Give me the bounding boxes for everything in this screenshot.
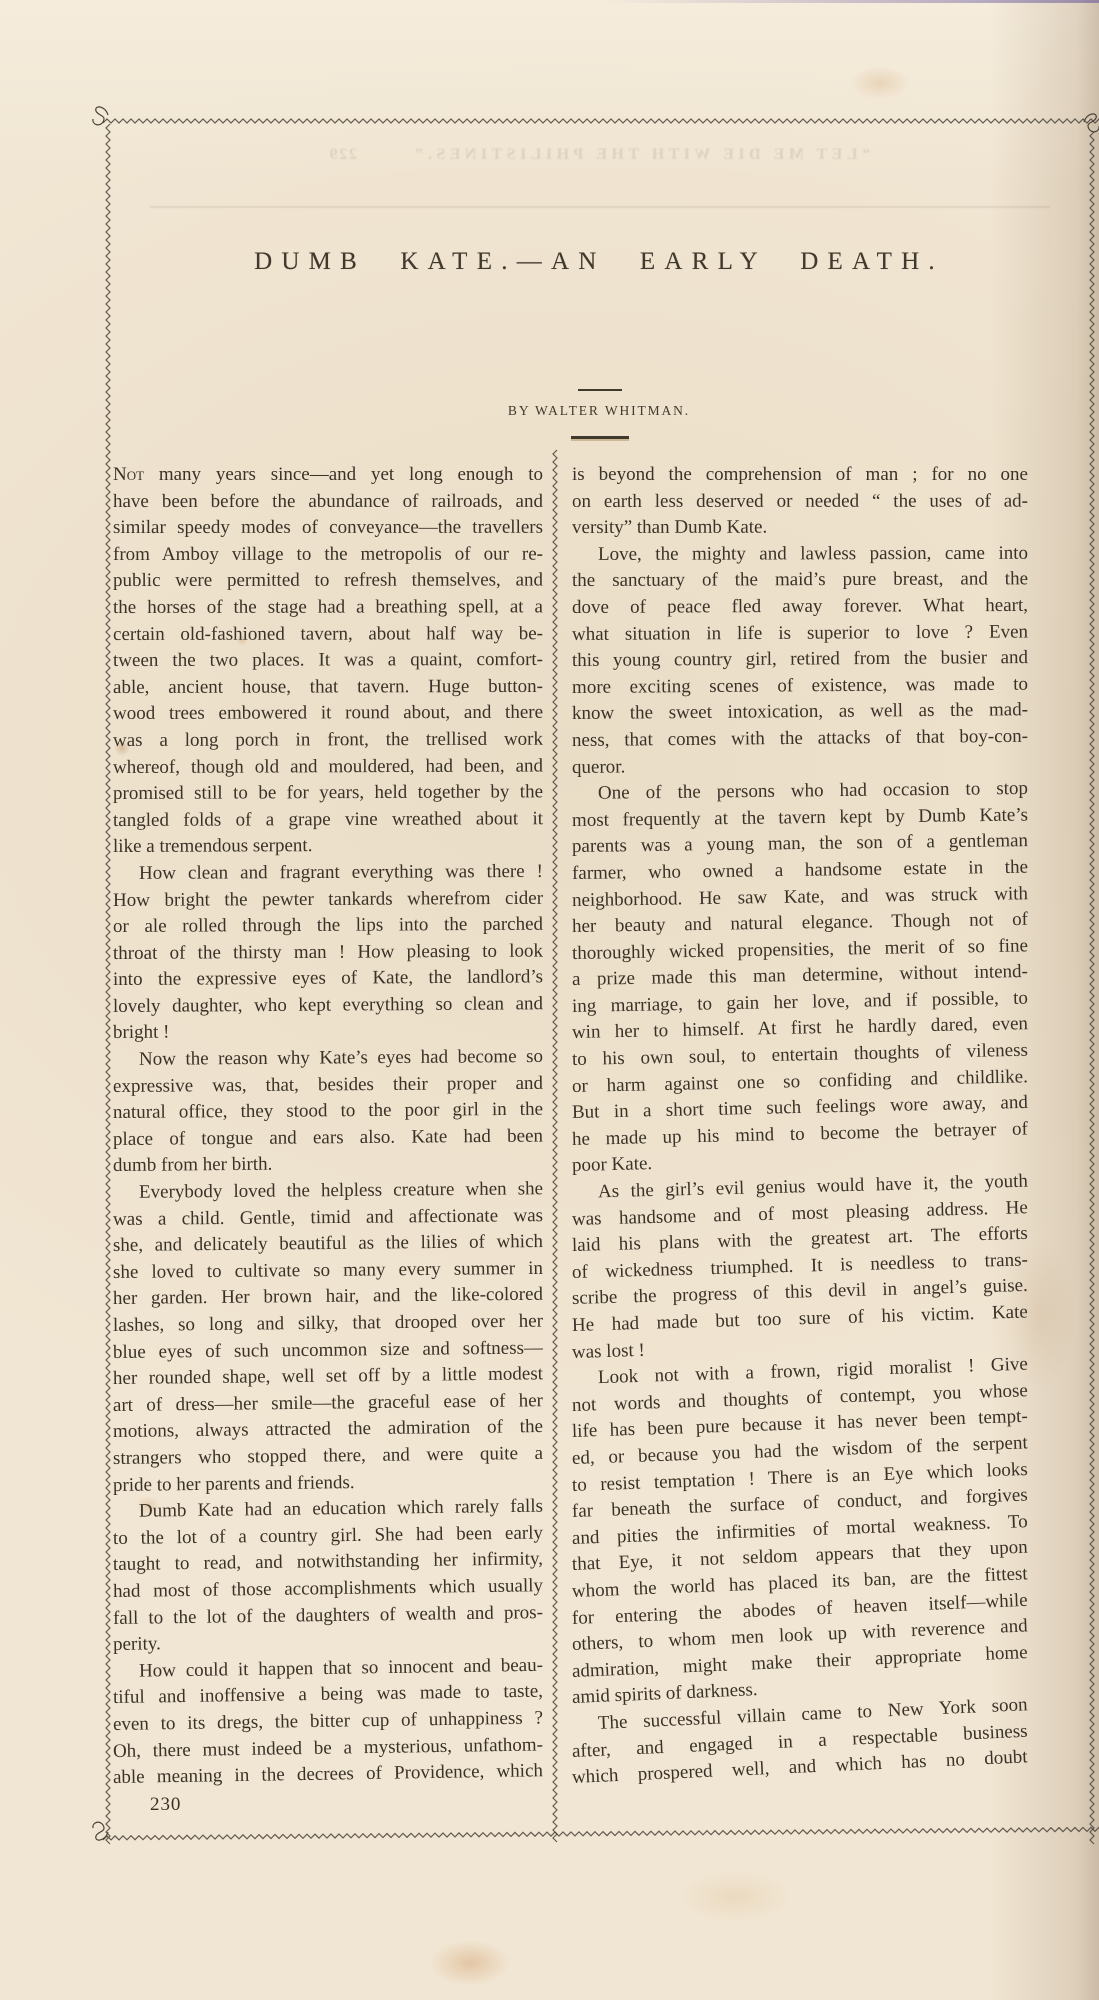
text-line: dove of peace fled away forever. What he… (572, 593, 1028, 622)
opening-word: Not (113, 464, 144, 485)
text-line: able meaning in the decrees of Providenc… (113, 1758, 543, 1791)
text-line: on earth less deserved or needed “ the u… (572, 488, 1028, 515)
text-line: is beyond the comprehension of man ; for… (572, 462, 1028, 489)
text-line: expressive was, that, besides their prop… (113, 1070, 543, 1100)
corner-flourish-icon (88, 1818, 114, 1844)
text-line: was a long porch in front, the trellised… (113, 727, 543, 755)
text-line: lashes, so long and silky, that drooped … (113, 1309, 543, 1340)
border-left-zigzag (104, 124, 112, 1842)
text-line: know the sweet intoxication, as well as … (572, 698, 1028, 728)
byline-rule-bottom (571, 436, 629, 439)
text-line: Now the reason why Kate’s eyes had becom… (113, 1044, 543, 1074)
paragraph: Now the reason why Kate’s eyes had becom… (113, 1047, 543, 1180)
paragraph: As the girl’s evil genius would have it,… (572, 1180, 1028, 1366)
text-line: into the expressive eyes of Kate, the la… (113, 965, 543, 994)
showthrough-title-text: “LET ME DIE WITH THE PHILISTINES.” (411, 146, 870, 163)
column-left: Not many years since—and yet long enough… (113, 462, 543, 1792)
paragraph: One of the persons who had occasion to s… (572, 781, 1028, 1180)
foxing-stain (430, 1940, 510, 1986)
paragraph: Everybody loved the helpless creature wh… (113, 1180, 543, 1499)
page-number: 230 (150, 1794, 230, 1816)
paragraph: How could it happen that so innocent and… (113, 1659, 543, 1792)
photo-edge-artifact (0, 0, 1099, 3)
text-line: tangled folds of a grape vine wreathed a… (113, 806, 543, 834)
text-line: she, and delicately beautiful as the lil… (113, 1229, 543, 1260)
byline-rule-top (578, 389, 622, 391)
text-line: dumb from her birth. (113, 1150, 543, 1180)
text-line: promised still to be for years, held tog… (113, 779, 543, 807)
text-line: tween the two places. It was a quaint, c… (113, 647, 543, 675)
corner-flourish-icon (88, 103, 114, 129)
showthrough-page-number: 229 (328, 146, 357, 163)
text-line: How clean and fragrant everything was th… (113, 859, 543, 888)
text-line: Not many years since—and yet long enough… (113, 462, 543, 489)
paragraph: The successful villain came to New York … (572, 1712, 1028, 1792)
showthrough-running-head: “LET ME DIE WITH THE PHILISTINES.”229 (103, 146, 1095, 164)
text-line: have been before the abundance of railro… (113, 488, 543, 515)
border-right-zigzag (1088, 132, 1096, 1844)
text-line: whereof, though old and mouldered, had b… (113, 753, 543, 781)
text-line: able, ancient house, that tavern. Huge b… (113, 674, 543, 702)
paragraph: is beyond the comprehension of man ; for… (572, 462, 1028, 542)
text-line: the sanctuary of the maid’s pure breast,… (572, 567, 1028, 595)
article-title: DUMB KATE.—AN EARLY DEATH. (103, 248, 1095, 276)
foxing-stain (850, 66, 910, 100)
text-line: How bright the pewter tankards wherefrom… (113, 885, 543, 914)
corner-flourish-icon (1078, 110, 1099, 136)
text-line: Love, the mighty and lawless passion, ca… (572, 541, 1028, 569)
text-line: what situation in life is superior to lo… (572, 619, 1028, 648)
paragraph: Look not with a frown, rigid moralist ! … (572, 1366, 1028, 1712)
text-line: bright ! (113, 1018, 543, 1047)
paragraph: Love, the mighty and lawless passion, ca… (572, 542, 1028, 781)
text-line: Everybody loved the helpless creature wh… (113, 1176, 543, 1206)
paragraph: Not many years since—and yet long enough… (113, 462, 543, 861)
text-line: or ale rolled through the lips into the … (113, 912, 543, 941)
article-byline: BY WALTER WHITMAN. (103, 403, 1095, 419)
border-top-zigzag (103, 117, 1099, 125)
paragraph: Dumb Kate had an education which rarely … (113, 1499, 543, 1659)
text-line: natural office, they stood to the poor g… (113, 1097, 543, 1127)
paragraph: How clean and fragrant everything was th… (113, 861, 543, 1047)
text-line: lovely daughter, who kept everything so … (113, 991, 543, 1020)
text-line: throat of the thirsty man ! How pleasing… (113, 938, 543, 967)
text-line: place of tongue and ears also. Kate had … (113, 1123, 543, 1153)
scanned-book-page: { "header": { "title": "DUMB KATE.—AN EA… (0, 0, 1099, 2000)
text-line: versity” than Dumb Kate. (572, 514, 1028, 541)
text-line: this young country girl, retired from th… (572, 645, 1028, 675)
text-line: certain old-fashioned tavern, about half… (113, 621, 543, 648)
text-line: from Amboy village to the metropolis of … (113, 541, 543, 568)
text-line: similar speedy modes of conveyance—the t… (113, 515, 543, 542)
text-line: like a tremendous serpent. (113, 832, 543, 861)
text-line: public were permitted to refresh themsel… (113, 568, 543, 595)
column-divider-zigzag (551, 450, 559, 1842)
column-right: is beyond the comprehension of man ; for… (572, 462, 1028, 1792)
foxing-stain (680, 1872, 790, 1922)
showthrough-rule (150, 206, 1050, 208)
text-line: ness, that comes with the attacks of tha… (572, 724, 1028, 755)
text-line: wood trees embowered it round about, and… (113, 700, 543, 728)
border-bottom-zigzag (103, 1825, 1099, 1842)
text-line: the horses of the stage had a breathing … (113, 594, 543, 621)
